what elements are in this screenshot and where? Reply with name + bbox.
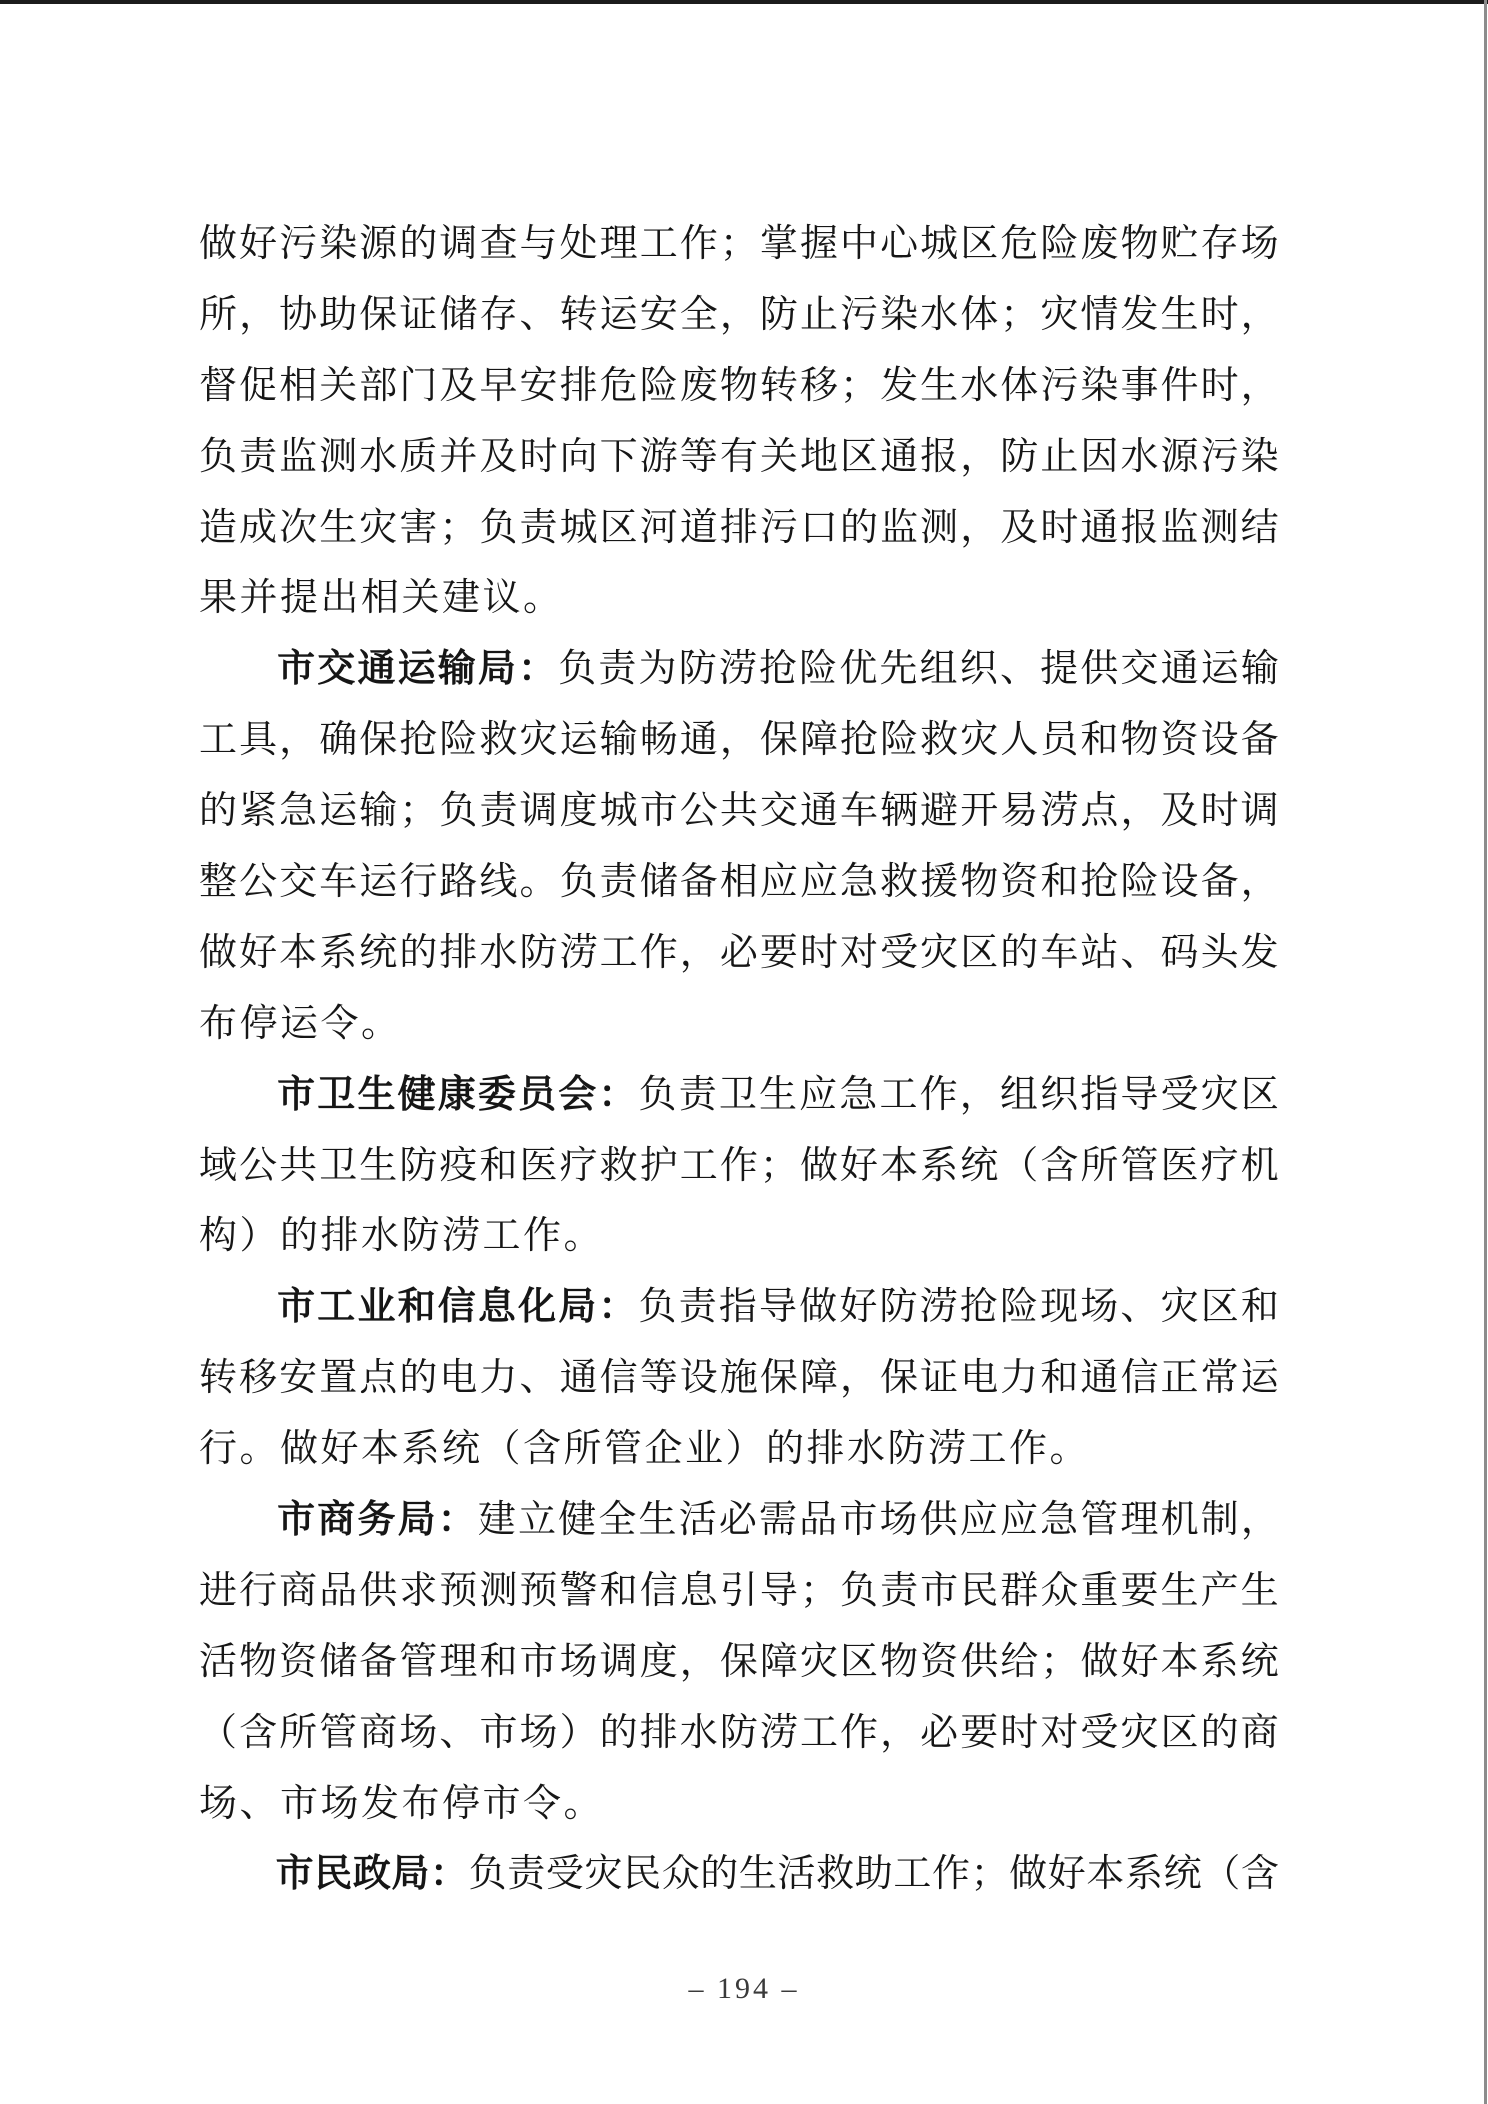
text-line: 所，协助保证储存、转运安全，防止污染水体；灾情发生时，	[199, 275, 1279, 346]
text-line: 转移安置点的电力、通信等设施保障，保证电力和通信正常运	[199, 1338, 1279, 1409]
text-line: 督促相关部门及早安排危险废物转移；发生水体污染事件时，	[199, 346, 1279, 417]
text-line: （含所管商场、市场）的排水防涝工作，必要时对受灾区的商	[199, 1693, 1279, 1764]
text-line: 构）的排水防涝工作。	[199, 1196, 1279, 1267]
text-line: 活物资储备管理和市场调度，保障灾区物资供给；做好本系统	[199, 1622, 1279, 1693]
page-number: – 194 –	[0, 1972, 1488, 2006]
text-line: 市卫生健康委员会：负责卫生应急工作，组织指导受灾区	[199, 1055, 1279, 1126]
first-line-indent	[199, 1090, 275, 1091]
text-line: 市民政局：负责受灾民众的生活救助工作；做好本系统（含	[199, 1834, 1279, 1905]
text-line: 场、市场发布停市令。	[199, 1764, 1279, 1835]
page-right-edge-line	[1484, 0, 1487, 2104]
text-line: 域公共卫生防疫和医疗救护工作；做好本系统（含所管医疗机	[199, 1126, 1279, 1197]
text-line: 行。做好本系统（含所管企业）的排水防涝工作。	[199, 1409, 1279, 1480]
text-line: 果并提出相关建议。	[199, 558, 1279, 629]
text-line: 工具，确保抢险救灾运输畅通，保障抢险救灾人员和物资设备	[199, 700, 1279, 771]
text-line: 做好本系统的排水防涝工作，必要时对受灾区的车站、码头发	[199, 913, 1279, 984]
first-line-indent	[199, 1302, 275, 1303]
first-line-indent	[199, 1515, 275, 1516]
text-line: 负责监测水质并及时向下游等有关地区通报，防止因水源污染	[199, 417, 1279, 488]
text-line: 市交通运输局：负责为防涝抢险优先组织、提供交通运输	[199, 629, 1279, 700]
first-line-indent	[199, 1869, 275, 1870]
first-line-indent	[199, 664, 275, 665]
text-line: 市工业和信息化局：负责指导做好防涝抢险现场、灾区和	[199, 1267, 1279, 1338]
document-page: 做好污染源的调查与处理工作；掌握中心城区危险废物贮存场所，协助保证储存、转运安全…	[0, 0, 1488, 2104]
text-line: 造成次生灾害；负责城区河道排污口的监测，及时通报监测结	[199, 488, 1279, 559]
page-top-edge-line	[0, 0, 1488, 4]
text-line: 进行商品供求预测预警和信息引导；负责市民群众重要生产生	[199, 1551, 1279, 1622]
text-line: 布停运令。	[199, 984, 1279, 1055]
text-line: 整公交车运行路线。负责储备相应应急救援物资和抢险设备，	[199, 842, 1279, 913]
text-line: 市商务局：建立健全生活必需品市场供应应急管理机制，	[199, 1480, 1279, 1551]
document-body: 做好污染源的调查与处理工作；掌握中心城区危险废物贮存场所，协助保证储存、转运安全…	[199, 204, 1279, 1905]
text-line: 的紧急运输；负责调度城市公共交通车辆避开易涝点，及时调	[199, 771, 1279, 842]
text-line: 做好污染源的调查与处理工作；掌握中心城区危险废物贮存场	[199, 204, 1279, 275]
